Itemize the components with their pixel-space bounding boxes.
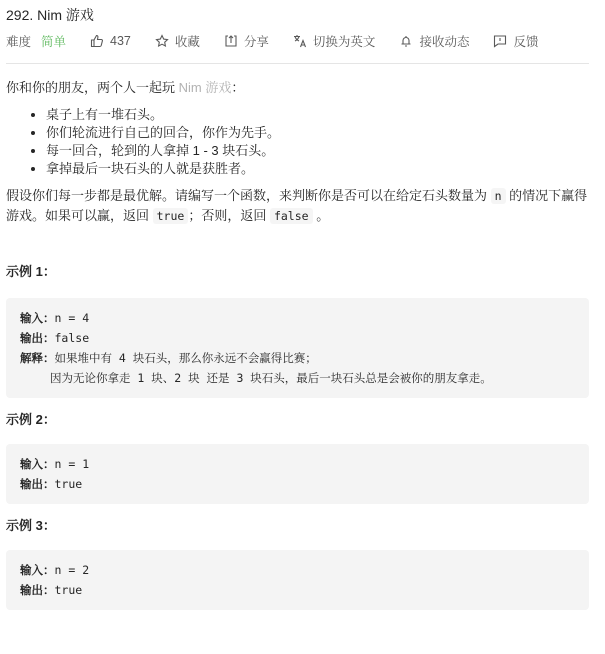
translate-icon xyxy=(293,34,307,48)
output-label: 输出： xyxy=(20,477,55,491)
output-label: 输出： xyxy=(20,331,55,345)
example-3-title: 示例 3： xyxy=(6,516,589,536)
task-text: 。 xyxy=(313,208,330,223)
intro-paragraph: 你和你的朋友，两个人一起玩 Nim 游戏： xyxy=(6,78,589,98)
favorite-label: 收藏 xyxy=(175,32,200,50)
task-paragraph: 假设你们每一步都是最优解。请编写一个函数，来判断你是否可以在给定石头数量为 n … xyxy=(6,186,589,226)
share-icon xyxy=(224,34,238,48)
difficulty-label: 难度 xyxy=(6,32,31,50)
like-button[interactable]: 437 xyxy=(90,34,131,48)
feedback-button[interactable]: 反馈 xyxy=(493,32,538,50)
explain-text: 因为无论你拿走 1 块、2 块 还是 3 块石头，最后一块石头总是会被你的朋友拿… xyxy=(50,371,492,385)
output-value: true xyxy=(55,583,83,597)
bell-icon xyxy=(399,34,413,48)
input-label: 输入： xyxy=(20,563,55,577)
translate-button[interactable]: 切换为英文 xyxy=(293,32,376,50)
problem-description: 你和你的朋友，两个人一起玩 Nim 游戏： 桌子上有一堆石头。 你们轮流进行自己… xyxy=(6,64,589,610)
code-true: true xyxy=(153,208,189,224)
example-2-block: 输入：n = 1 输出：true xyxy=(6,444,589,504)
favorite-button[interactable]: 收藏 xyxy=(155,32,200,50)
rule-item: 你们轮流进行自己的回合，你作为先手。 xyxy=(46,124,589,142)
intro-suffix: ： xyxy=(231,80,244,95)
explain-text: 如果堆中有 4 块石头，那么你永远不会赢得比赛； xyxy=(55,351,317,365)
output-value: false xyxy=(55,331,90,345)
output-label: 输出： xyxy=(20,583,55,597)
translate-label: 切换为英文 xyxy=(313,32,376,50)
output-value: true xyxy=(55,477,83,491)
rule-item: 桌子上有一堆石头。 xyxy=(46,106,589,124)
code-n: n xyxy=(491,188,506,204)
difficulty-badge: 简单 xyxy=(41,32,66,50)
subscribe-button[interactable]: 接收动态 xyxy=(399,32,469,50)
rules-list: 桌子上有一堆石头。 你们轮流进行自己的回合，你作为先手。 每一回合，轮到的人拿掉… xyxy=(6,106,589,178)
star-icon xyxy=(155,34,169,48)
input-label: 输入： xyxy=(20,457,55,471)
subscribe-label: 接收动态 xyxy=(419,32,469,50)
problem-toolbar: 难度 简单 437 收藏 xyxy=(6,28,589,54)
example-3-block: 输入：n = 2 输出：true xyxy=(6,550,589,610)
task-text: ；否则，返回 xyxy=(188,208,270,223)
rule-item: 拿掉最后一块石头的人就是获胜者。 xyxy=(46,160,589,178)
input-value: n = 2 xyxy=(55,563,90,577)
explain-label: 解释： xyxy=(20,351,55,365)
example-1-title: 示例 1： xyxy=(6,262,589,282)
feedback-icon xyxy=(493,34,507,48)
feedback-label: 反馈 xyxy=(513,32,538,50)
code-false: false xyxy=(270,208,313,224)
nim-game-link[interactable]: Nim 游戏 xyxy=(179,80,232,95)
thumbs-up-icon xyxy=(90,34,104,48)
input-value: n = 4 xyxy=(55,311,90,325)
task-text: 假设你们每一步都是最优解。请编写一个函数，来判断你是否可以在给定石头数量为 xyxy=(6,188,491,203)
example-2-title: 示例 2： xyxy=(6,410,589,430)
share-button[interactable]: 分享 xyxy=(224,32,269,50)
share-label: 分享 xyxy=(244,32,269,50)
problem-panel: 292. Nim 游戏 难度 简单 437 收藏 xyxy=(0,0,605,610)
like-count: 437 xyxy=(110,34,131,48)
rule-item: 每一回合，轮到的人拿掉 1 - 3 块石头。 xyxy=(46,142,589,160)
problem-title: 292. Nim 游戏 xyxy=(6,0,589,28)
intro-text: 你和你的朋友，两个人一起玩 xyxy=(6,80,179,95)
example-1-block: 输入：n = 4 输出：false 解释：如果堆中有 4 块石头，那么你永远不会… xyxy=(6,298,589,398)
input-label: 输入： xyxy=(20,311,55,325)
input-value: n = 1 xyxy=(55,457,90,471)
